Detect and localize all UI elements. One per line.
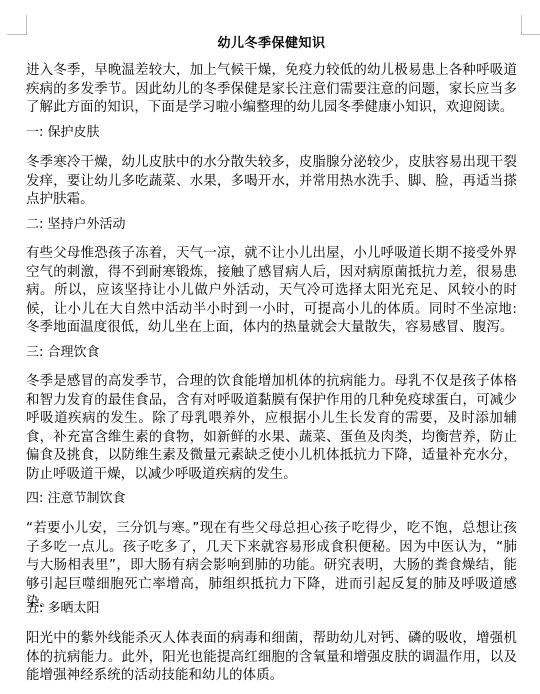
- section-body-4: “若要小儿安，三分饥与寒。”现在有些父母总担心孩子吃得少，吃不饱，总想让孩子多吃…: [26, 520, 517, 613]
- intro-paragraph: 进入冬季，早晚温差较大，加上气候干燥，免疫力较低的幼儿极易患上各种呼吸道疾病的多…: [26, 62, 517, 118]
- section-heading-5: 五: 多晒太阳: [26, 601, 100, 617]
- document-title: 幼儿冬季保健知识: [26, 36, 517, 52]
- section-heading-3: 三: 合理饮食: [26, 345, 100, 361]
- page-corner-mark-top-right: [521, 15, 540, 35]
- section-body-1: 冬季寒冷干燥，幼儿皮肤中的水分散失较多，皮脂腺分泌较少，皮肤容易出现干裂发痒，要…: [26, 154, 517, 210]
- section-body-3: 冬季是感冒的高发季节，合理的饮食能增加机体的抗病能力。母乳不仅是孩子体格和智力发…: [26, 373, 517, 484]
- page-corner-mark-top-left: [7, 15, 27, 35]
- section-heading-4: 四: 注意节制饮食: [26, 491, 126, 507]
- section-body-5: 阳光中的紫外线能杀灭人体表面的病毒和细菌，帮助幼儿对钙、磷的吸收，增强机体的抗病…: [26, 630, 517, 686]
- section-body-2: 有些父母惟恐孩子冻着，天气一凉，就不让小儿出屋，小儿呼吸道长期不接受外界空气的刺…: [26, 245, 517, 338]
- section-heading-1: 一: 保护皮肤: [26, 125, 100, 141]
- section-heading-2: 二: 坚持户外活动: [26, 217, 126, 233]
